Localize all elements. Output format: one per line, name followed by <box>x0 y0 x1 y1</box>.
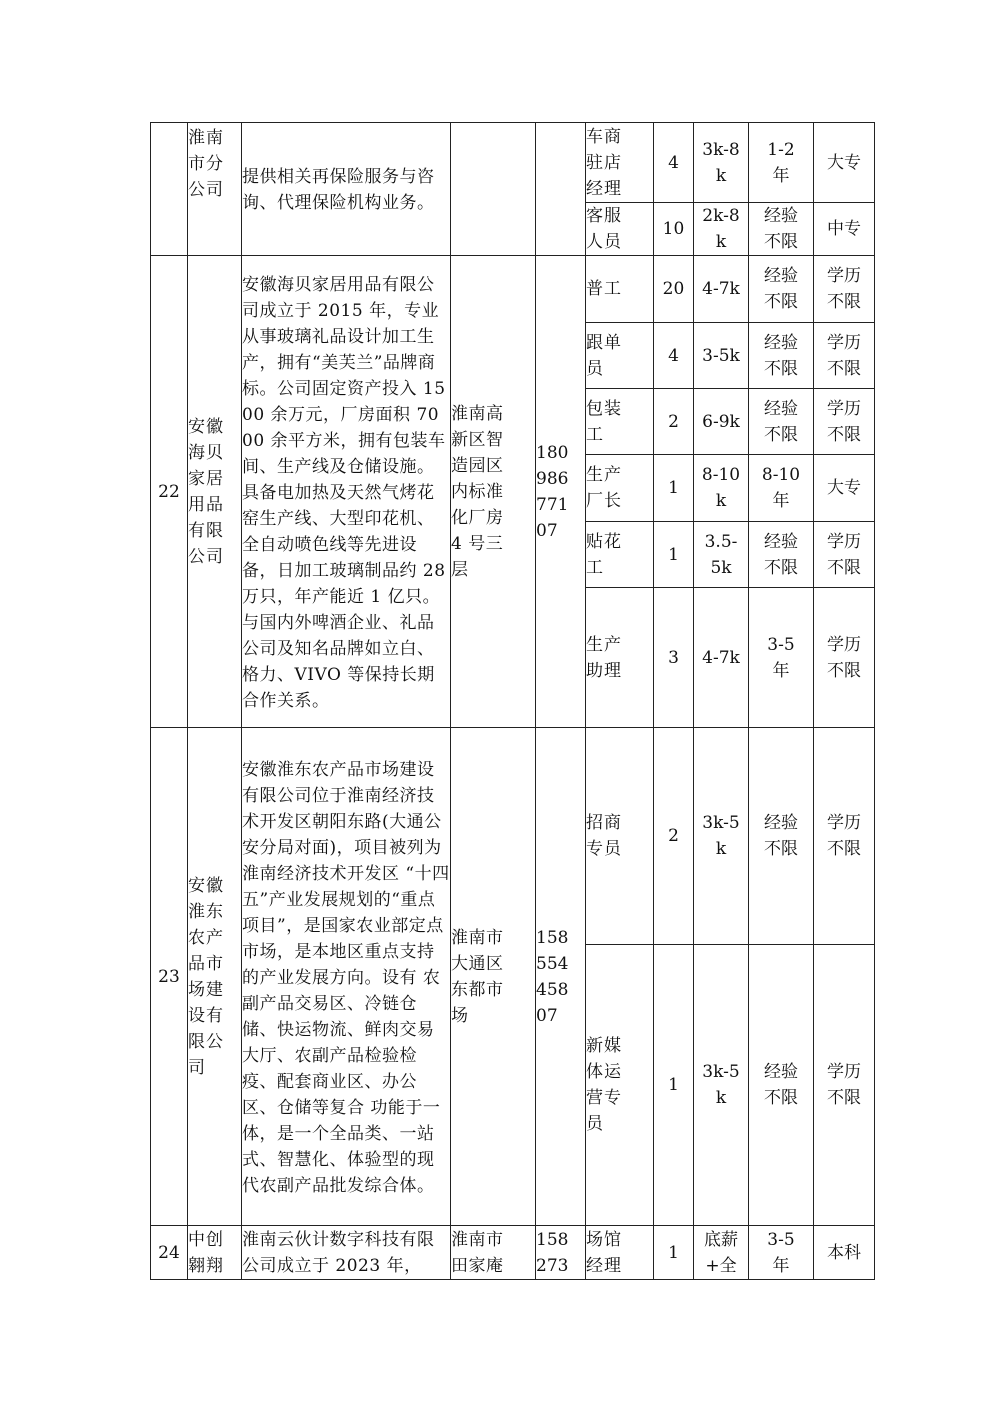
position-education: 学历 不限 <box>814 588 875 728</box>
position-experience: 经验 不限 <box>749 389 814 455</box>
position-title: 新媒 体运 营专 员 <box>586 945 654 1226</box>
company-name: 淮南 市分 公司 <box>188 123 242 256</box>
position-title: 车商 驻店 经理 <box>586 123 654 203</box>
document-page: 淮南 市分 公司 提供相关再保险服务与咨询、代理保险机构业务。 车商 驻店 经理… <box>0 0 1000 1414</box>
position-salary: 3k-8 k <box>694 123 749 203</box>
position-experience: 3-5 年 <box>749 1226 814 1280</box>
position-count: 2 <box>654 728 694 945</box>
position-title: 包装 工 <box>586 389 654 455</box>
company-description: 提供相关再保险服务与咨询、代理保险机构业务。 <box>242 123 451 256</box>
position-experience: 经验 不限 <box>749 522 814 588</box>
contact-phone: 158 273 <box>536 1226 586 1280</box>
position-education: 学历 不限 <box>814 522 875 588</box>
table-row: 淮南 市分 公司 提供相关再保险服务与咨询、代理保险机构业务。 车商 驻店 经理… <box>151 123 875 203</box>
position-count: 2 <box>654 389 694 455</box>
position-count: 20 <box>654 256 694 323</box>
position-count: 4 <box>654 123 694 203</box>
position-salary: 3.5- 5k <box>694 522 749 588</box>
row-index <box>151 123 188 256</box>
position-education: 学历 不限 <box>814 323 875 389</box>
position-count: 4 <box>654 323 694 389</box>
position-experience: 经验 不限 <box>749 945 814 1226</box>
position-count: 1 <box>654 945 694 1226</box>
position-salary: 2k-8 k <box>694 203 749 256</box>
company-name: 安徽 淮东 农产 品市 场建 设有 限公 司 <box>188 728 242 1226</box>
position-education: 学历 不限 <box>814 945 875 1226</box>
company-address: 淮南高 新区智 造园区 内标准 化厂房 4 号三 层 <box>451 256 536 728</box>
company-name: 安徽 海贝 家居 用品 有限 公司 <box>188 256 242 728</box>
position-salary: 底薪 +全 <box>694 1226 749 1280</box>
position-experience: 经验 不限 <box>749 323 814 389</box>
position-salary: 8-10 k <box>694 455 749 522</box>
position-experience: 经验 不限 <box>749 256 814 323</box>
company-description: 安徽海贝家居用品有限公司成立于 2015 年，专业从事玻璃礼品设计加工生产，拥有… <box>242 256 451 728</box>
company-address <box>451 123 536 256</box>
company-description: 淮南云伙计数字科技有限公司成立于 2023 年， <box>242 1226 451 1280</box>
position-count: 3 <box>654 588 694 728</box>
company-name: 中创 翱翔 <box>188 1226 242 1280</box>
position-title: 生产 厂长 <box>586 455 654 522</box>
position-education: 学历 不限 <box>814 256 875 323</box>
position-count: 1 <box>654 522 694 588</box>
position-count: 1 <box>654 1226 694 1280</box>
company-description: 安徽淮东农产品市场建设有限公司位于淮南经济技术开发区朝阳东路(大通公安分局对面)… <box>242 728 451 1226</box>
row-index: 24 <box>151 1226 188 1280</box>
table-row: 24 中创 翱翔 淮南云伙计数字科技有限公司成立于 2023 年， 淮南市 田家… <box>151 1226 875 1280</box>
position-title: 场馆 经理 <box>586 1226 654 1280</box>
position-education: 中专 <box>814 203 875 256</box>
job-listing-table: 淮南 市分 公司 提供相关再保险服务与咨询、代理保险机构业务。 车商 驻店 经理… <box>150 122 875 1280</box>
position-title: 普工 <box>586 256 654 323</box>
company-address: 淮南市 田家庵 <box>451 1226 536 1280</box>
position-count: 10 <box>654 203 694 256</box>
position-education: 本科 <box>814 1226 875 1280</box>
position-title: 招商 专员 <box>586 728 654 945</box>
position-experience: 3-5 年 <box>749 588 814 728</box>
contact-phone: 180 986 771 07 <box>536 256 586 728</box>
position-title: 跟单 员 <box>586 323 654 389</box>
position-experience: 8-10 年 <box>749 455 814 522</box>
position-education: 大专 <box>814 455 875 522</box>
table-row: 23 安徽 淮东 农产 品市 场建 设有 限公 司 安徽淮东农产品市场建设有限公… <box>151 728 875 945</box>
company-address: 淮南市 大通区 东都市 场 <box>451 728 536 1226</box>
position-title: 生产 助理 <box>586 588 654 728</box>
position-education: 学历 不限 <box>814 389 875 455</box>
row-index: 22 <box>151 256 188 728</box>
position-title: 客服 人员 <box>586 203 654 256</box>
contact-phone: 158 554 458 07 <box>536 728 586 1226</box>
position-education: 学历 不限 <box>814 728 875 945</box>
position-experience: 1-2 年 <box>749 123 814 203</box>
position-count: 1 <box>654 455 694 522</box>
row-index: 23 <box>151 728 188 1226</box>
position-experience: 经验 不限 <box>749 728 814 945</box>
contact-phone <box>536 123 586 256</box>
position-salary: 3k-5 k <box>694 728 749 945</box>
position-salary: 4-7k <box>694 256 749 323</box>
position-title: 贴花 工 <box>586 522 654 588</box>
table-row: 22 安徽 海贝 家居 用品 有限 公司 安徽海贝家居用品有限公司成立于 201… <box>151 256 875 323</box>
position-salary: 6-9k <box>694 389 749 455</box>
position-salary: 4-7k <box>694 588 749 728</box>
position-salary: 3k-5 k <box>694 945 749 1226</box>
position-experience: 经验 不限 <box>749 203 814 256</box>
position-education: 大专 <box>814 123 875 203</box>
position-salary: 3-5k <box>694 323 749 389</box>
